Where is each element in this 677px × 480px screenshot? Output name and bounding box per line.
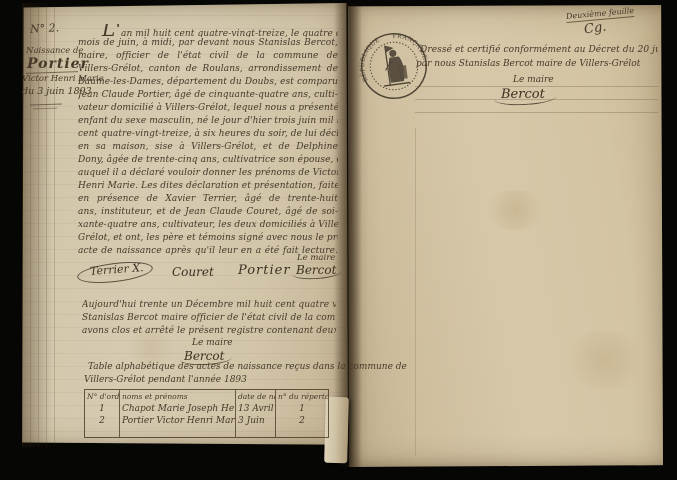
act-line: en sa maison, sise à Villers-Grélot, et … xyxy=(78,141,338,154)
table-cell: 1 xyxy=(276,403,328,415)
table-empty-cell xyxy=(276,427,328,437)
table-cell: 2 xyxy=(85,415,120,427)
act-line: Baume-les-Dames, département du Doubs, e… xyxy=(78,76,338,89)
act-line: auquel il a déclaré vouloir donner les p… xyxy=(78,167,338,180)
act-line: L'an mil huit cent quatre-vingt-treize, … xyxy=(78,24,338,37)
act-line: ans, instituteur, et de Jean Claude Cour… xyxy=(78,206,338,219)
ruled-line xyxy=(415,99,658,100)
svg-text:RÉPUBLIQUE: RÉPUBLIQUE xyxy=(354,36,386,83)
table-empty-cell xyxy=(85,427,120,437)
col-header-names: noms et prénoms xyxy=(120,390,236,403)
register-scan: { "palette":{ "background":"#060605", "p… xyxy=(0,0,677,480)
alphabetical-index-table: N° d'ordre noms et prénoms date de naiss… xyxy=(84,389,329,438)
act-type-label: Naissance de xyxy=(26,46,83,56)
closing-mayor-label: Le maire xyxy=(192,338,233,348)
col-header-birthdate: date de naissance xyxy=(236,390,276,403)
act-line: maire, officier de l'état civil de la co… xyxy=(78,50,338,63)
ruled-line xyxy=(415,112,658,113)
register-closing-text: Aujourd'hui trente un Décembre mil huit … xyxy=(82,299,336,338)
act-number: N° 2. xyxy=(30,21,60,36)
act-line: vateur domicilié à Villers-Grélot, leque… xyxy=(78,102,338,115)
table-cell: 1 xyxy=(85,403,120,415)
witness2-signature: Couret xyxy=(172,265,214,279)
margin-rule xyxy=(415,128,416,456)
birth-act-text: L'an mil huit cent quatre-vingt-treize, … xyxy=(78,24,338,258)
col-header-directory-number: n° du répertoire xyxy=(276,390,328,403)
table-cell: 2 xyxy=(276,415,328,427)
closing-line: avons clos et arrêté le présent registre… xyxy=(82,325,336,338)
table-empty-cell xyxy=(120,427,236,437)
certification-line: par nous Stanislas Bercot maire de Ville… xyxy=(416,59,640,69)
act-mayor-label: Le maire xyxy=(297,253,335,263)
act-line: enfant du sexe masculin, né le jour d'hi… xyxy=(78,115,338,128)
table-cell: 3 Juin xyxy=(236,415,276,427)
act-line: Henri Marie. Les dites déclaration et pr… xyxy=(78,180,338,193)
act-line: Villers-Grélot, canton de Roulans, arron… xyxy=(78,63,338,76)
marianne-figure xyxy=(378,43,410,86)
closing-line: Aujourd'hui trente un Décembre mil huit … xyxy=(82,299,336,312)
table-cell: Chapot Marie Joseph Henri xyxy=(120,403,236,415)
act-line: Jean Claude Portier, âgé de cinquante-qu… xyxy=(78,89,338,102)
table-cell: Portier Victor Henri Marie xyxy=(120,415,236,427)
table-title-line1: Table alphabétique des actes de naissanc… xyxy=(88,362,407,372)
table-empty-cell xyxy=(236,427,276,437)
father-signature: Portier xyxy=(238,263,291,278)
closing-line: Stanislas Bercot maire officier de l'éta… xyxy=(82,312,336,325)
cert-mayor-label: Le maire xyxy=(513,75,554,85)
act-line: Dony, âgée de trente-cinq ans, cultivatr… xyxy=(78,154,338,167)
table-title-line2: Villers-Grélot pendant l'année 1893 xyxy=(84,375,247,385)
act-line: mois de juin, à midi, par devant nous St… xyxy=(78,37,338,50)
table-cell: 13 Avril xyxy=(236,403,276,415)
col-header-order-number: N° d'ordre xyxy=(85,390,120,403)
act-line: en présence de Xavier Terrier, âgé de tr… xyxy=(78,193,338,206)
stamp-text-left: RÉPUBLIQUE xyxy=(354,36,386,83)
act-line: cent quatre-vingt-treize, à six heures d… xyxy=(78,128,338,141)
ruled-line xyxy=(415,86,658,87)
folio-mark: Cg. xyxy=(583,20,607,38)
act-line: Grélot, et ont, les père et témoins sign… xyxy=(78,232,338,245)
certification-line: Dressé et certifié conformément au Décre… xyxy=(420,44,658,57)
act-line: xante-quatre ans, cultivateur, les deux … xyxy=(78,219,338,232)
